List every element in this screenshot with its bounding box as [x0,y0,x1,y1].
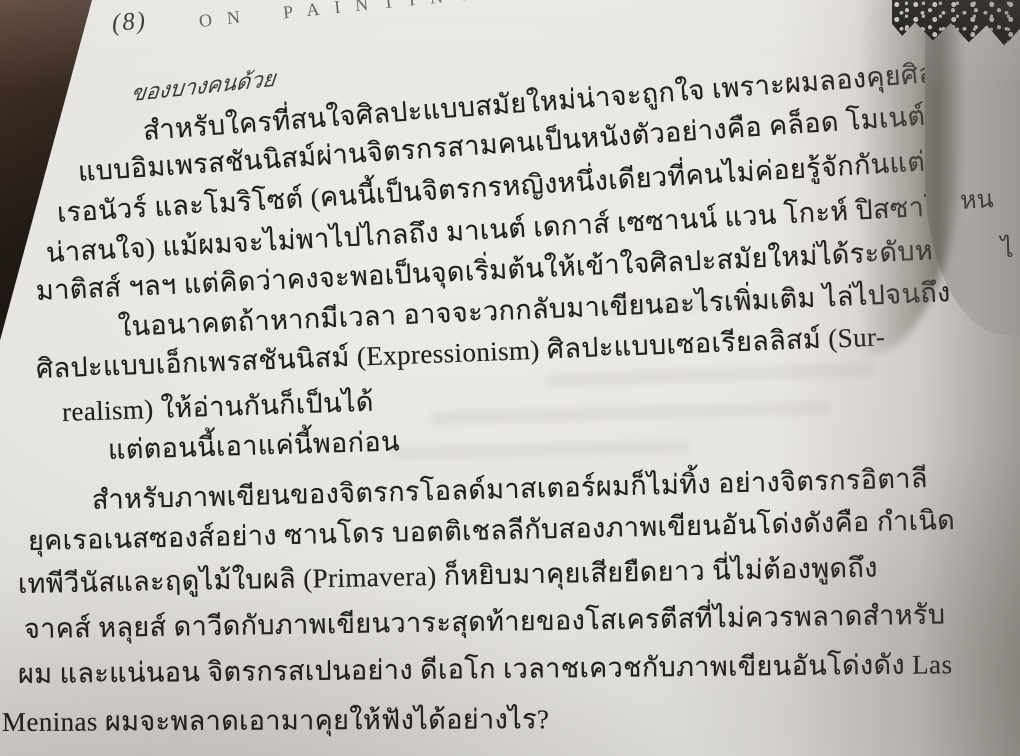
body-line: Meninas ผมจะพลาดเอามาคุยให้ฟังได้อย่างไร… [2,697,550,743]
next-page-text-fragment: หน [959,179,995,221]
ink-bleed-through [430,401,830,425]
page-title: ON PAINTING [198,0,486,32]
next-page-text-fragment: ไ [1000,229,1014,269]
page-number: (8) [111,7,148,37]
book-page-photo: (8)ON PAINTING ของบางคนด้วย สำหรับใครที่… [0,0,1020,756]
page-header: (8)ON PAINTING [111,0,487,38]
body-line: แต่ตอนนี้เอาแค่นี้พอก่อน [107,419,400,471]
body-line: ผม และแน่นอน จิตรกรสเปนอย่าง ดีเอโก เวลา… [18,642,953,695]
ink-bleed-through [390,439,690,461]
